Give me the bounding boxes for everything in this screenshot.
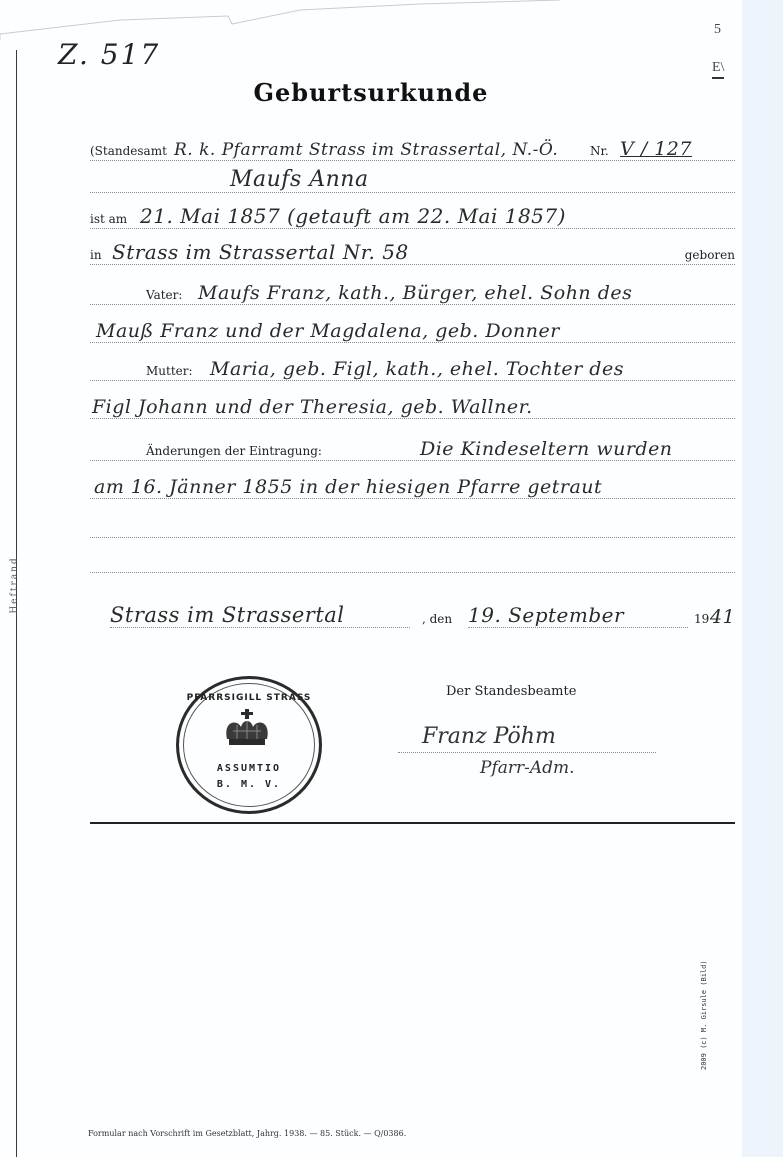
father-line-2: Mauß Franz und der Magdalena, geb. Donne… (96, 320, 560, 342)
nr-value: V / 127 (620, 138, 692, 160)
issue-place: Strass im Strassertal (110, 603, 410, 628)
copyright-note: 2009 (c) M. Girsule (Bild) (700, 910, 708, 1070)
mother-line-1: Maria, geb. Figl, kath., ehel. Tochter d… (210, 358, 624, 380)
document-title: Geburtsurkunde (0, 78, 742, 107)
mother-line-2: Figl Johann und der Theresia, geb. Walln… (92, 396, 533, 418)
signature-role: Pfarr-Adm. (480, 758, 575, 778)
year-suffix: 41 (710, 606, 735, 628)
section-divider (90, 822, 735, 824)
changes-row-2: am 16. Jänner 1855 in der hiesigen Pfarr… (90, 466, 735, 499)
nr-label: Nr. (590, 144, 612, 158)
official-title: Der Standesbeamte (446, 684, 576, 699)
mother-label: Mutter: (146, 364, 196, 378)
form-reference-footer: Formular nach Vorschrift im Gesetzblatt,… (88, 1129, 406, 1138)
issue-row: Strass im Strassertal , den 19. Septembe… (90, 596, 730, 628)
scan-margin (742, 0, 783, 1157)
mother-row-2: Figl Johann und der Theresia, geb. Walln… (90, 386, 735, 419)
reference-number: Z. 517 (58, 38, 160, 71)
corner-mark: E\ (712, 60, 724, 79)
den-label: , den (422, 612, 455, 626)
stamp-top-text: PFARRSIGILL STRASS (179, 693, 319, 703)
birth-place-value: Strass im Strassertal Nr. 58 (112, 240, 409, 264)
corner-mark: 5 (714, 22, 721, 38)
standesamt-label: (Standesamt (90, 144, 170, 158)
birth-date-value: 21. Mai 1857 (getauft am 22. Mai 1857) (140, 204, 566, 228)
name-row: Maufs Anna (90, 160, 735, 193)
changes-line-1: Die Kindeseltern wurden (420, 438, 673, 460)
changes-line-2: am 16. Jänner 1855 in der hiesigen Pfarr… (94, 476, 602, 498)
father-line-1: Maufs Franz, kath., Bürger, ehel. Sohn d… (198, 282, 632, 304)
issue-date: 19. September (468, 603, 688, 628)
blank-row (90, 540, 735, 573)
signature-line (398, 752, 656, 753)
stamp-line-2: B. M. V. (179, 779, 319, 790)
margin-label: Heftrand (10, 556, 20, 613)
mother-row-1: Mutter: Maria, geb. Figl, kath., ehel. T… (90, 348, 735, 381)
certificate-page: Heftrand 5 E\ Z. 517 Geburtsurkunde (Sta… (0, 0, 742, 1157)
birth-place-row: in Strass im Strassertal Nr. 58 geboren (90, 232, 735, 265)
birth-date-row: ist am 21. Mai 1857 (getauft am 22. Mai … (90, 196, 735, 229)
changes-label: Änderungen der Eintragung: (146, 444, 325, 458)
father-row-1: Vater: Maufs Franz, kath., Bürger, ehel.… (90, 272, 735, 305)
stamp-line-1: ASSUMTIO (179, 763, 319, 774)
parish-seal-stamp: PFARRSIGILL STRASS ASSUMTIO B. M. V. (176, 676, 322, 814)
birth-date-label: ist am (90, 212, 130, 226)
signature-name: Franz Pöhm (422, 724, 556, 749)
birth-place-label: in (90, 248, 105, 262)
standesamt-row: (Standesamt R. k. Pfarramt Strass im Str… (90, 128, 735, 161)
torn-top-edge (0, 0, 742, 40)
changes-row-1: Änderungen der Eintragung: Die Kindeselt… (90, 428, 735, 461)
born-suffix-label: geboren (682, 248, 735, 262)
blank-row (90, 505, 735, 538)
crown-icon (223, 709, 271, 749)
father-label: Vater: (146, 288, 185, 302)
standesamt-value: R. k. Pfarramt Strass im Strassertal, N.… (174, 140, 558, 160)
child-name: Maufs Anna (230, 167, 369, 192)
father-row-2: Mauß Franz und der Magdalena, geb. Donne… (90, 310, 735, 343)
